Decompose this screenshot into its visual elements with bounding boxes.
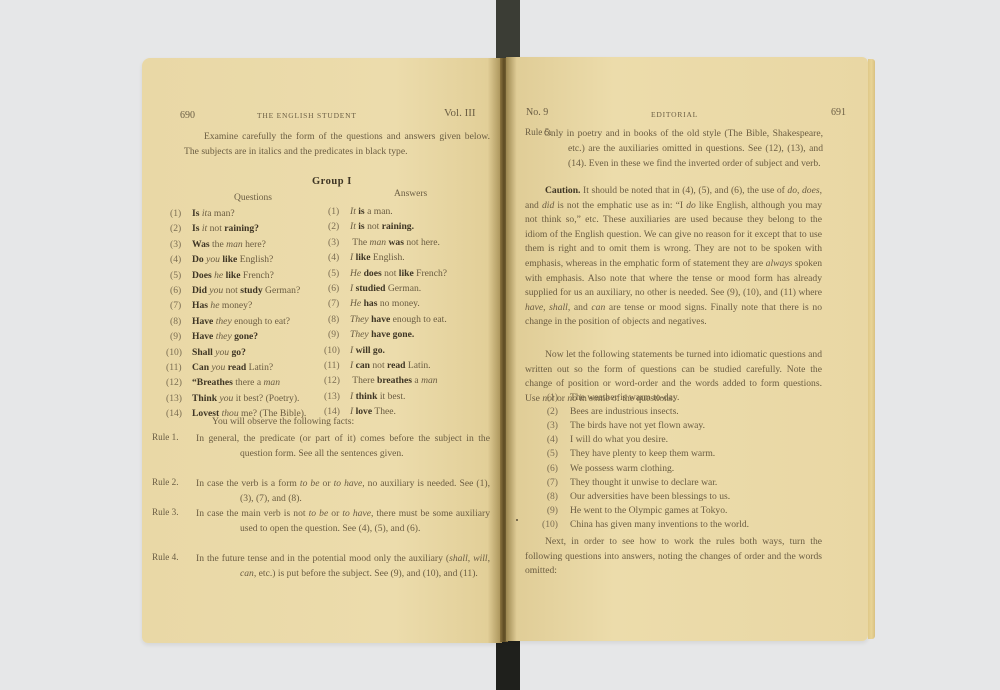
- statement-item: (4)I will do what you desire.: [526, 434, 668, 445]
- question-row: (12)“Breathes there a man: [166, 377, 280, 388]
- group-title: Group I: [312, 176, 352, 187]
- statement-item: (2)Bees are industrious insects.: [526, 406, 679, 417]
- statement-item: (3)The birds have not yet flown away.: [526, 420, 705, 431]
- page-number: 690: [180, 110, 195, 121]
- questions-heading: Questions: [234, 193, 272, 203]
- left-page: 690 THE ENGLISH STUDENT Vol. III Examine…: [142, 58, 502, 643]
- statement-item: (9)He went to the Olympic games at Tokyo…: [526, 505, 727, 516]
- question-row: (5)Does he like French?: [170, 270, 274, 281]
- answer-row: (5)He does not like French?: [328, 268, 447, 279]
- question-row: (1)Is ita man?: [170, 208, 235, 219]
- volume-label: Vol. III: [444, 107, 476, 119]
- rule-text: In case the main verb is not to be or to…: [196, 506, 490, 536]
- running-head: EDITORIAL: [651, 110, 698, 119]
- answer-row: (10)I will go.: [324, 345, 385, 356]
- statement-item: (5)They have plenty to keep them warm.: [526, 448, 715, 459]
- rule-text: In case the verb is a form to be or to h…: [196, 476, 490, 506]
- answer-row: (2)It is not raining.: [328, 221, 414, 232]
- question-row: (3)Was the man here?: [170, 239, 266, 250]
- page-number: 691: [831, 107, 846, 118]
- answer-row: (11)I can not read Latin.: [324, 360, 431, 371]
- answer-row: (1)It is a man.: [328, 206, 393, 217]
- question-row: (2)Is it not raining?: [170, 223, 259, 234]
- caution-paragraph: Caution. It should be noted that in (4),…: [525, 184, 822, 330]
- question-row: (8)Have they enough to eat?: [170, 316, 290, 327]
- answer-row: (3) The man was not here.: [328, 237, 440, 248]
- answer-row: (6)I studied German.: [328, 283, 421, 294]
- statement-item: (10)China has given many inventions to t…: [526, 519, 749, 530]
- rule-label: Rule 4.: [152, 552, 179, 562]
- rule-text: In general, the predicate (or part of it…: [196, 431, 490, 461]
- statement-item: (8)Our adversities have been blessings t…: [526, 491, 730, 502]
- question-row: (7)Has he money?: [170, 300, 252, 311]
- rule-label: Rule 1.: [152, 432, 179, 442]
- next-paragraph: Next, in order to see how to work the ru…: [525, 535, 822, 579]
- question-row: (6)Did you not study German?: [170, 285, 300, 296]
- rule-label: Rule 3.: [152, 507, 179, 517]
- bookmark-ribbon-top: [496, 0, 520, 60]
- rule-label: Rule 2.: [152, 477, 179, 487]
- answer-row: (13)I think it best.: [324, 391, 405, 402]
- answer-row: (7)He has no money.: [328, 298, 420, 309]
- issue-number: No. 9: [526, 107, 548, 118]
- question-row: (9)Have they gone?: [170, 331, 258, 342]
- answer-row: (4)I like English.: [328, 252, 405, 263]
- observe-line: You will observe the following facts:: [212, 415, 492, 430]
- bookmark-ribbon-bottom: [496, 640, 520, 690]
- question-row: (11)Can you read Latin?: [166, 362, 273, 373]
- rule-5-text: Only in poetry and in books of the old s…: [544, 126, 823, 171]
- answers-heading: Answers: [394, 189, 427, 199]
- statement-item: (1)The weather is warm to-day.: [526, 392, 679, 403]
- answer-row: (9)They have gone.: [328, 329, 414, 340]
- answer-row: (8)They have enough to eat.: [328, 314, 447, 325]
- question-row: (13)Think you it best? (Poetry).: [166, 393, 299, 404]
- statement-item: (6)We possess warm clothing.: [526, 463, 674, 474]
- running-head: THE ENGLISH STUDENT: [257, 111, 357, 120]
- print-speck: [516, 519, 518, 521]
- question-row: (10)Shall you go?: [166, 347, 246, 358]
- caution-label: Caution.: [545, 185, 580, 196]
- question-row: (4)Do you like English?: [170, 254, 273, 265]
- answer-row: (12) There breathes a man: [324, 375, 438, 386]
- rule-text: In the future tense and in the potential…: [196, 551, 490, 581]
- right-page: No. 9 EDITORIAL 691 Rule 5. Only in poet…: [506, 57, 868, 641]
- statement-item: (7)They thought it unwise to declare war…: [526, 477, 717, 488]
- intro-paragraph: Examine carefully the form of the questi…: [184, 130, 490, 159]
